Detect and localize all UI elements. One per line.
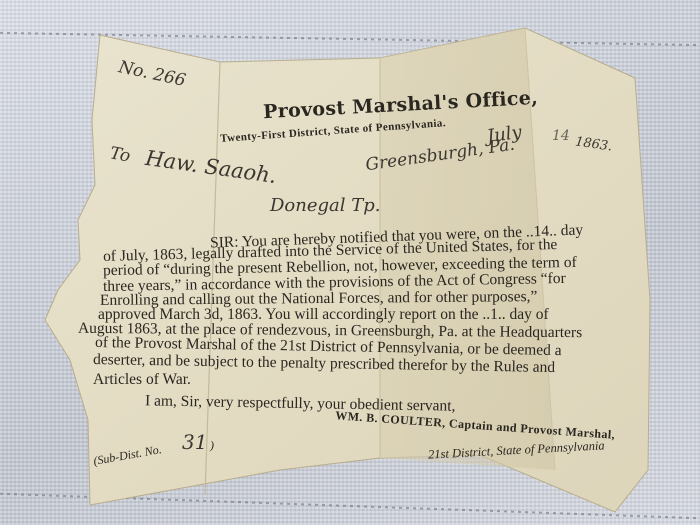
sub-district-value: 31 bbox=[182, 430, 207, 454]
draft-notice-document: No. 266 Provost Marshal's Office, Twenty… bbox=[0, 0, 700, 525]
place-date-day: 14 bbox=[552, 128, 570, 144]
sub-district-close: ) bbox=[210, 438, 214, 453]
body-line-10: Articles of War. bbox=[93, 371, 191, 389]
recipient-prefix: To bbox=[108, 143, 131, 166]
recipient-township: Donegal Tp. bbox=[270, 195, 381, 216]
